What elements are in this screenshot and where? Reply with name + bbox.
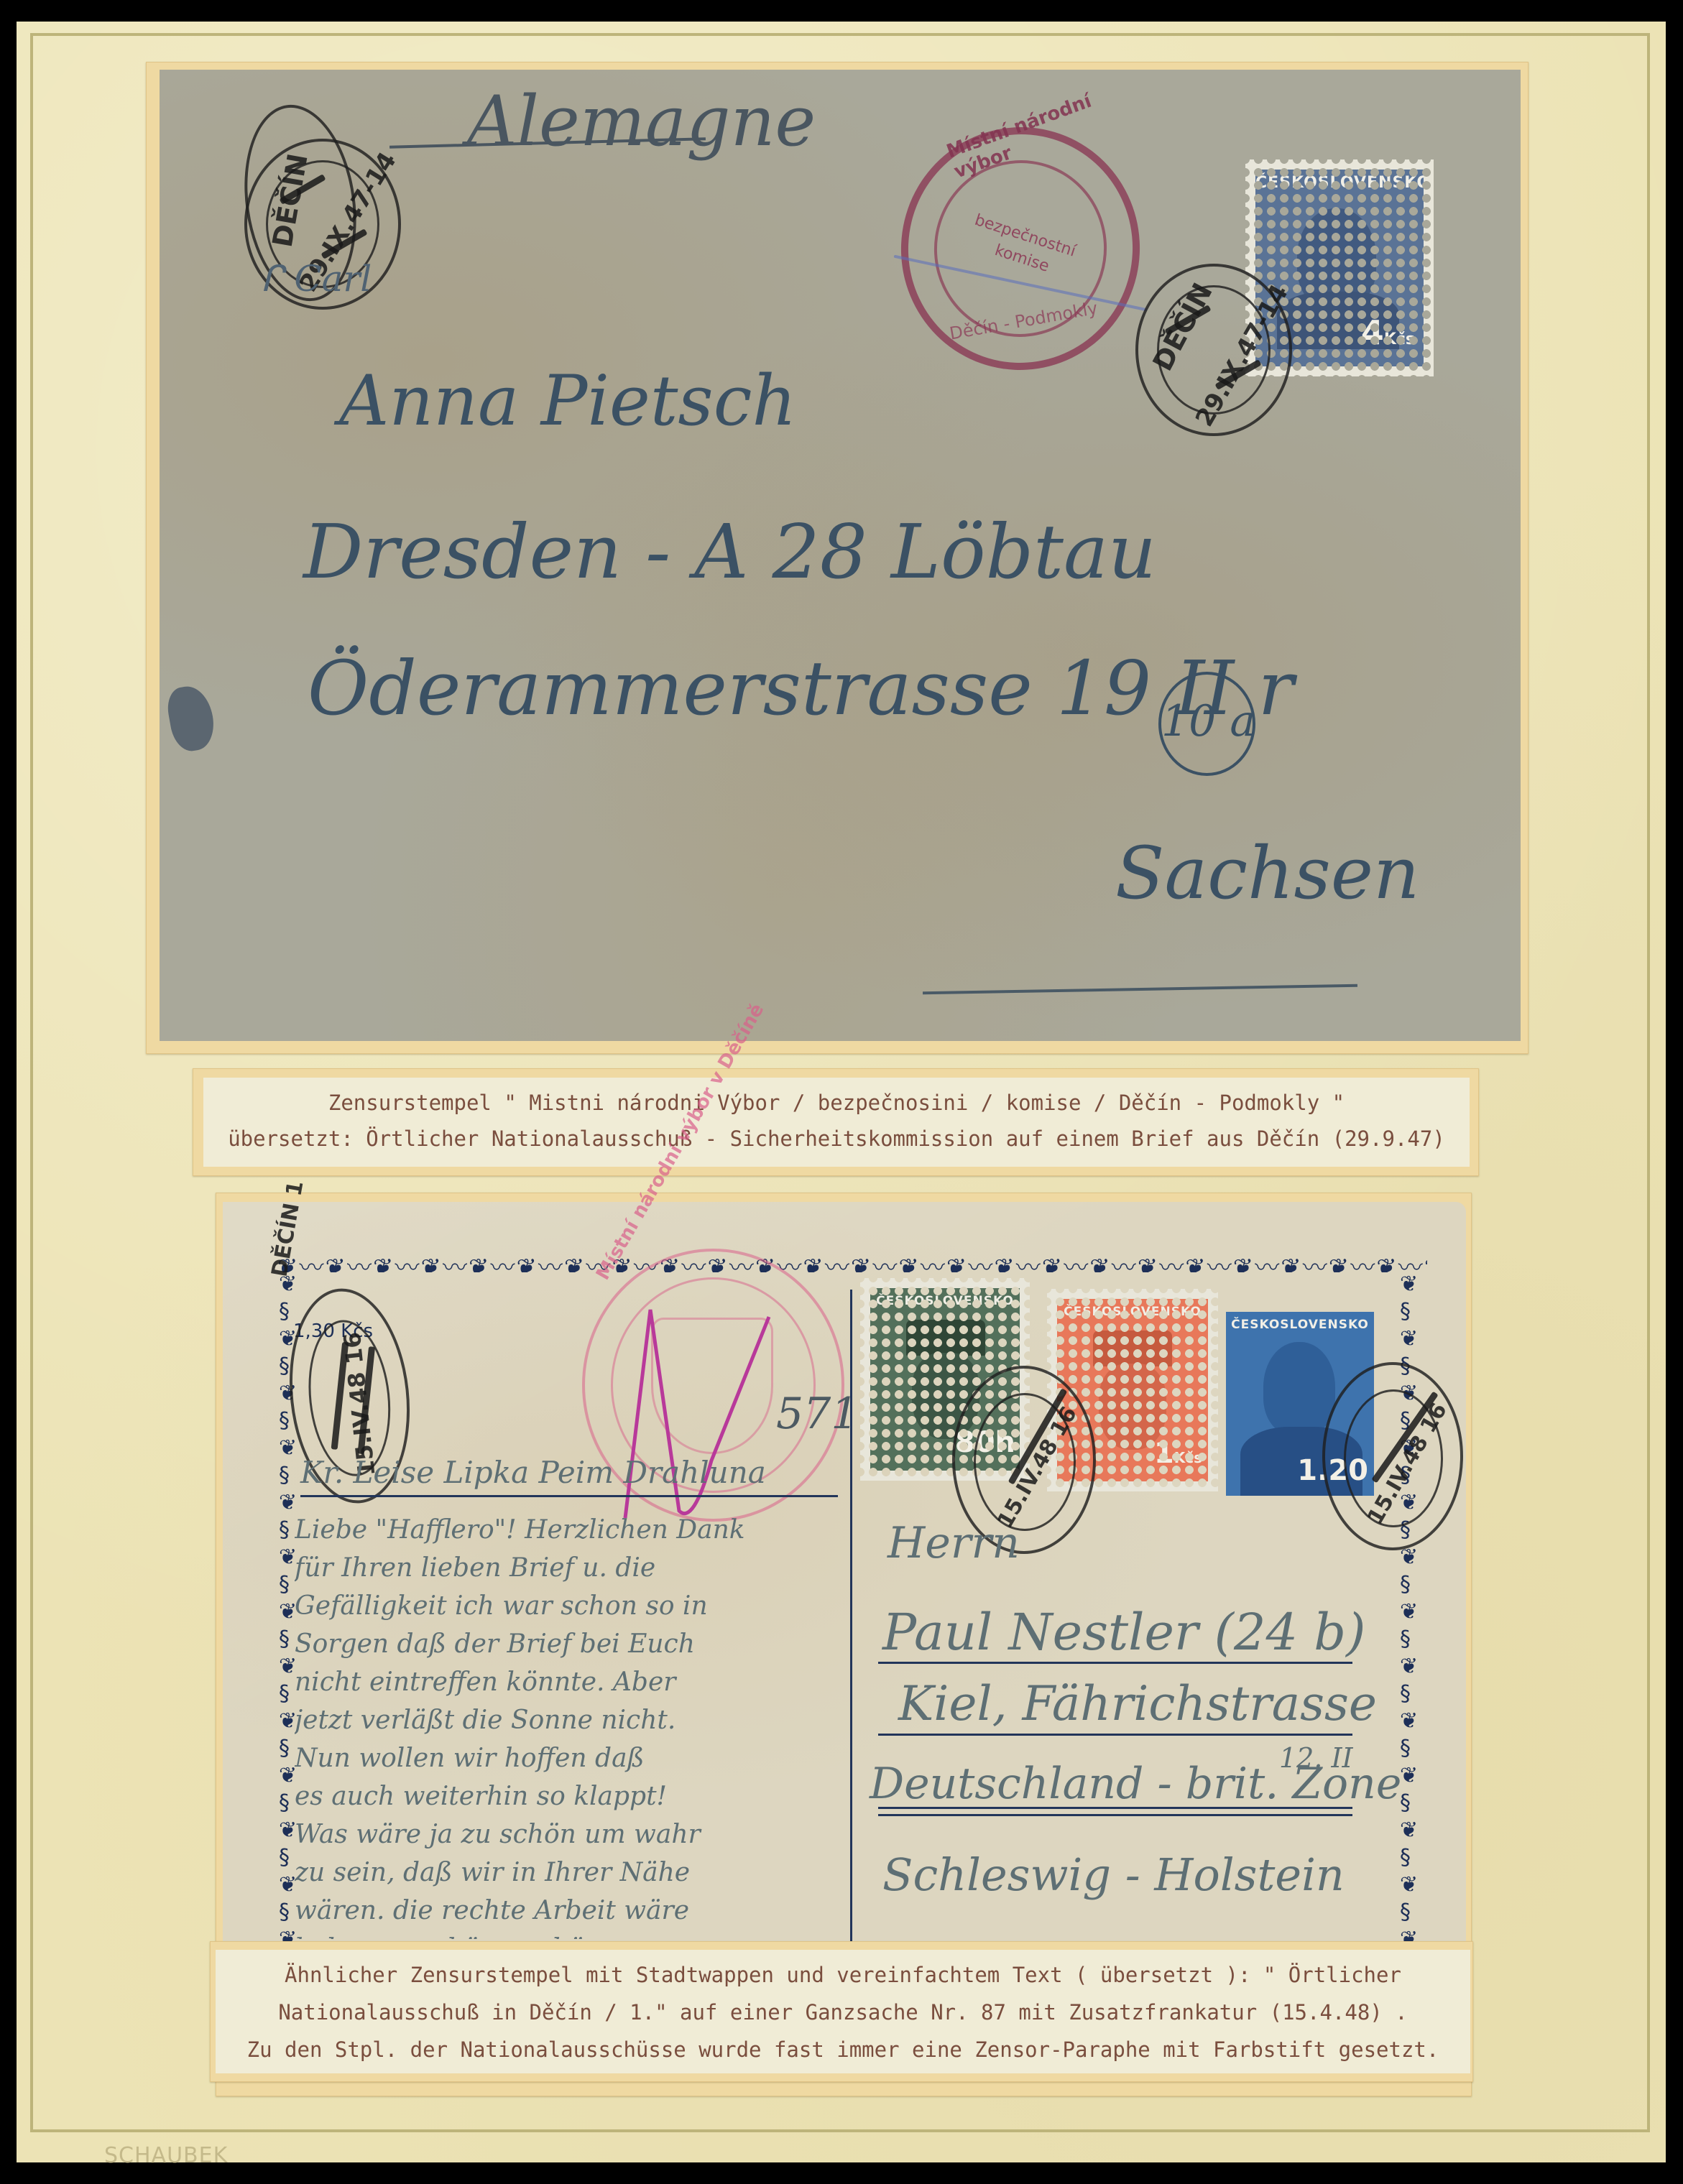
- caption2-line3: Zu den Stpl. der Nationalausschüsse wurd…: [216, 2037, 1470, 2062]
- region-underline: [923, 984, 1357, 995]
- censor-stamp: Místní národní výbor bezpečnostní komise…: [885, 112, 1156, 386]
- stamp-country: ČESKOSLOVENSKO: [1255, 174, 1424, 192]
- recipient-name: Paul Nestler (24 b): [882, 1603, 1365, 1662]
- caption2-label: Ähnlicher Zensurstempel mit Stadtwappen …: [216, 1950, 1470, 2073]
- message-line: zu sein, daß wir in Ihrer Nähe: [295, 1854, 848, 1892]
- address-city: Dresden - A 28 Löbtau: [303, 508, 1156, 596]
- message-line: nicht eintreffen könnte. Aber: [295, 1663, 848, 1701]
- caption1-line2: übersetzt: Örtlicher Nationalausschuß - …: [203, 1126, 1470, 1151]
- stamp-country: ČESKOSLOVENSKO: [1226, 1318, 1374, 1332]
- recipient-salutation: Herrn: [887, 1518, 1020, 1568]
- card-divider: [850, 1290, 852, 1943]
- caption2-line1: Ähnlicher Zensurstempel mit Stadtwappen …: [216, 1963, 1470, 1987]
- stamp-value: 4: [1361, 313, 1384, 352]
- stamp-currency: Kčs: [1174, 1449, 1202, 1466]
- message-line: wären. die rechte Arbeit wäre: [295, 1892, 848, 1930]
- envelope[interactable]: Alemagne 29.IX.47-14 DĚČÍN ᒋ Carl Místní…: [160, 70, 1521, 1041]
- postmark-card-right: 15.IV.48 16: [1322, 1362, 1463, 1550]
- message-line: Gefälligkeit ich war schon so in: [295, 1587, 848, 1625]
- pencil-number: 571.: [776, 1389, 872, 1439]
- caption1-line1: Zensurstempel " Mistni národni Výbor / b…: [203, 1091, 1470, 1115]
- recipient-street: Kiel, Fährichstrasse: [898, 1676, 1377, 1731]
- stamp-country: ČESKOSLOVENSKO: [870, 1294, 1020, 1308]
- address-rule-3: [878, 1807, 1352, 1809]
- stamp-currency: Kčs: [1384, 330, 1415, 348]
- address-rule-3b: [878, 1814, 1352, 1816]
- caption2-line2: Nationalausschuß in Děčín / 1." auf eine…: [216, 2000, 1470, 2025]
- postmark-right: 29.IX.47-14 DĚČÍN: [1135, 264, 1292, 436]
- message-line: jetzt verläßt die Sonne nicht.: [295, 1701, 848, 1739]
- ink-blot: [165, 682, 218, 754]
- pencil-mark: ᒋ Carl: [260, 258, 372, 300]
- ornament-border-top: ❦〰❦〰❦〰❦〰❦〰❦〰❦〰❦〰❦〰❦〰❦〰❦〰❦〰❦〰❦〰❦〰❦〰❦〰❦〰❦〰…: [277, 1248, 1427, 1272]
- recipient-country: Deutschland - brit. Zone: [870, 1759, 1401, 1809]
- address-circled-number: 10 a: [1158, 672, 1255, 776]
- album-brand: SCHAUBEK: [104, 2143, 228, 2168]
- recipient-region: Schleswig - Holstein: [882, 1848, 1345, 1901]
- message-line: Sorgen daß der Brief bei Euch: [295, 1625, 848, 1663]
- address-rule-2: [878, 1734, 1352, 1736]
- route-note: Alemagne: [467, 81, 816, 162]
- stamp-value: 1: [1154, 1437, 1174, 1470]
- message-line: Nun wollen wir hoffen daß: [295, 1739, 848, 1777]
- caption1-label: Zensurstempel " Mistni národni Výbor / b…: [203, 1078, 1470, 1167]
- address-rule-1: [878, 1662, 1352, 1664]
- message-line: bekommen können hätte.: [295, 1930, 848, 1939]
- stamp-country: ČESKOSLOVENSKO: [1057, 1305, 1208, 1319]
- message-line: Was wäre ja zu schön um wahr: [295, 1815, 848, 1854]
- sender-rule: [300, 1495, 838, 1497]
- portrait: [1263, 1342, 1335, 1435]
- message-body: Liebe "Hafflero"! Herzlichen Dank für Ih…: [295, 1511, 848, 1939]
- address-street: Öderammerstrasse 19 II r: [308, 644, 1294, 732]
- message-line: es auch weiterhin so klappt!: [295, 1777, 848, 1815]
- address-region: Sachsen: [1115, 831, 1419, 915]
- message-line: für Ihren lieben Brief u. die: [295, 1549, 848, 1587]
- postcard[interactable]: ❦〰❦〰❦〰❦〰❦〰❦〰❦〰❦〰❦〰❦〰❦〰❦〰❦〰❦〰❦〰❦〰❦〰❦〰❦〰❦〰…: [223, 1202, 1466, 1942]
- sender-line: Kr. Leise Lipka Peim Drahluna: [300, 1455, 766, 1490]
- address-name: Anna Pietsch: [339, 361, 796, 441]
- message-line: Liebe "Hafflero"! Herzlichen Dank: [295, 1511, 848, 1549]
